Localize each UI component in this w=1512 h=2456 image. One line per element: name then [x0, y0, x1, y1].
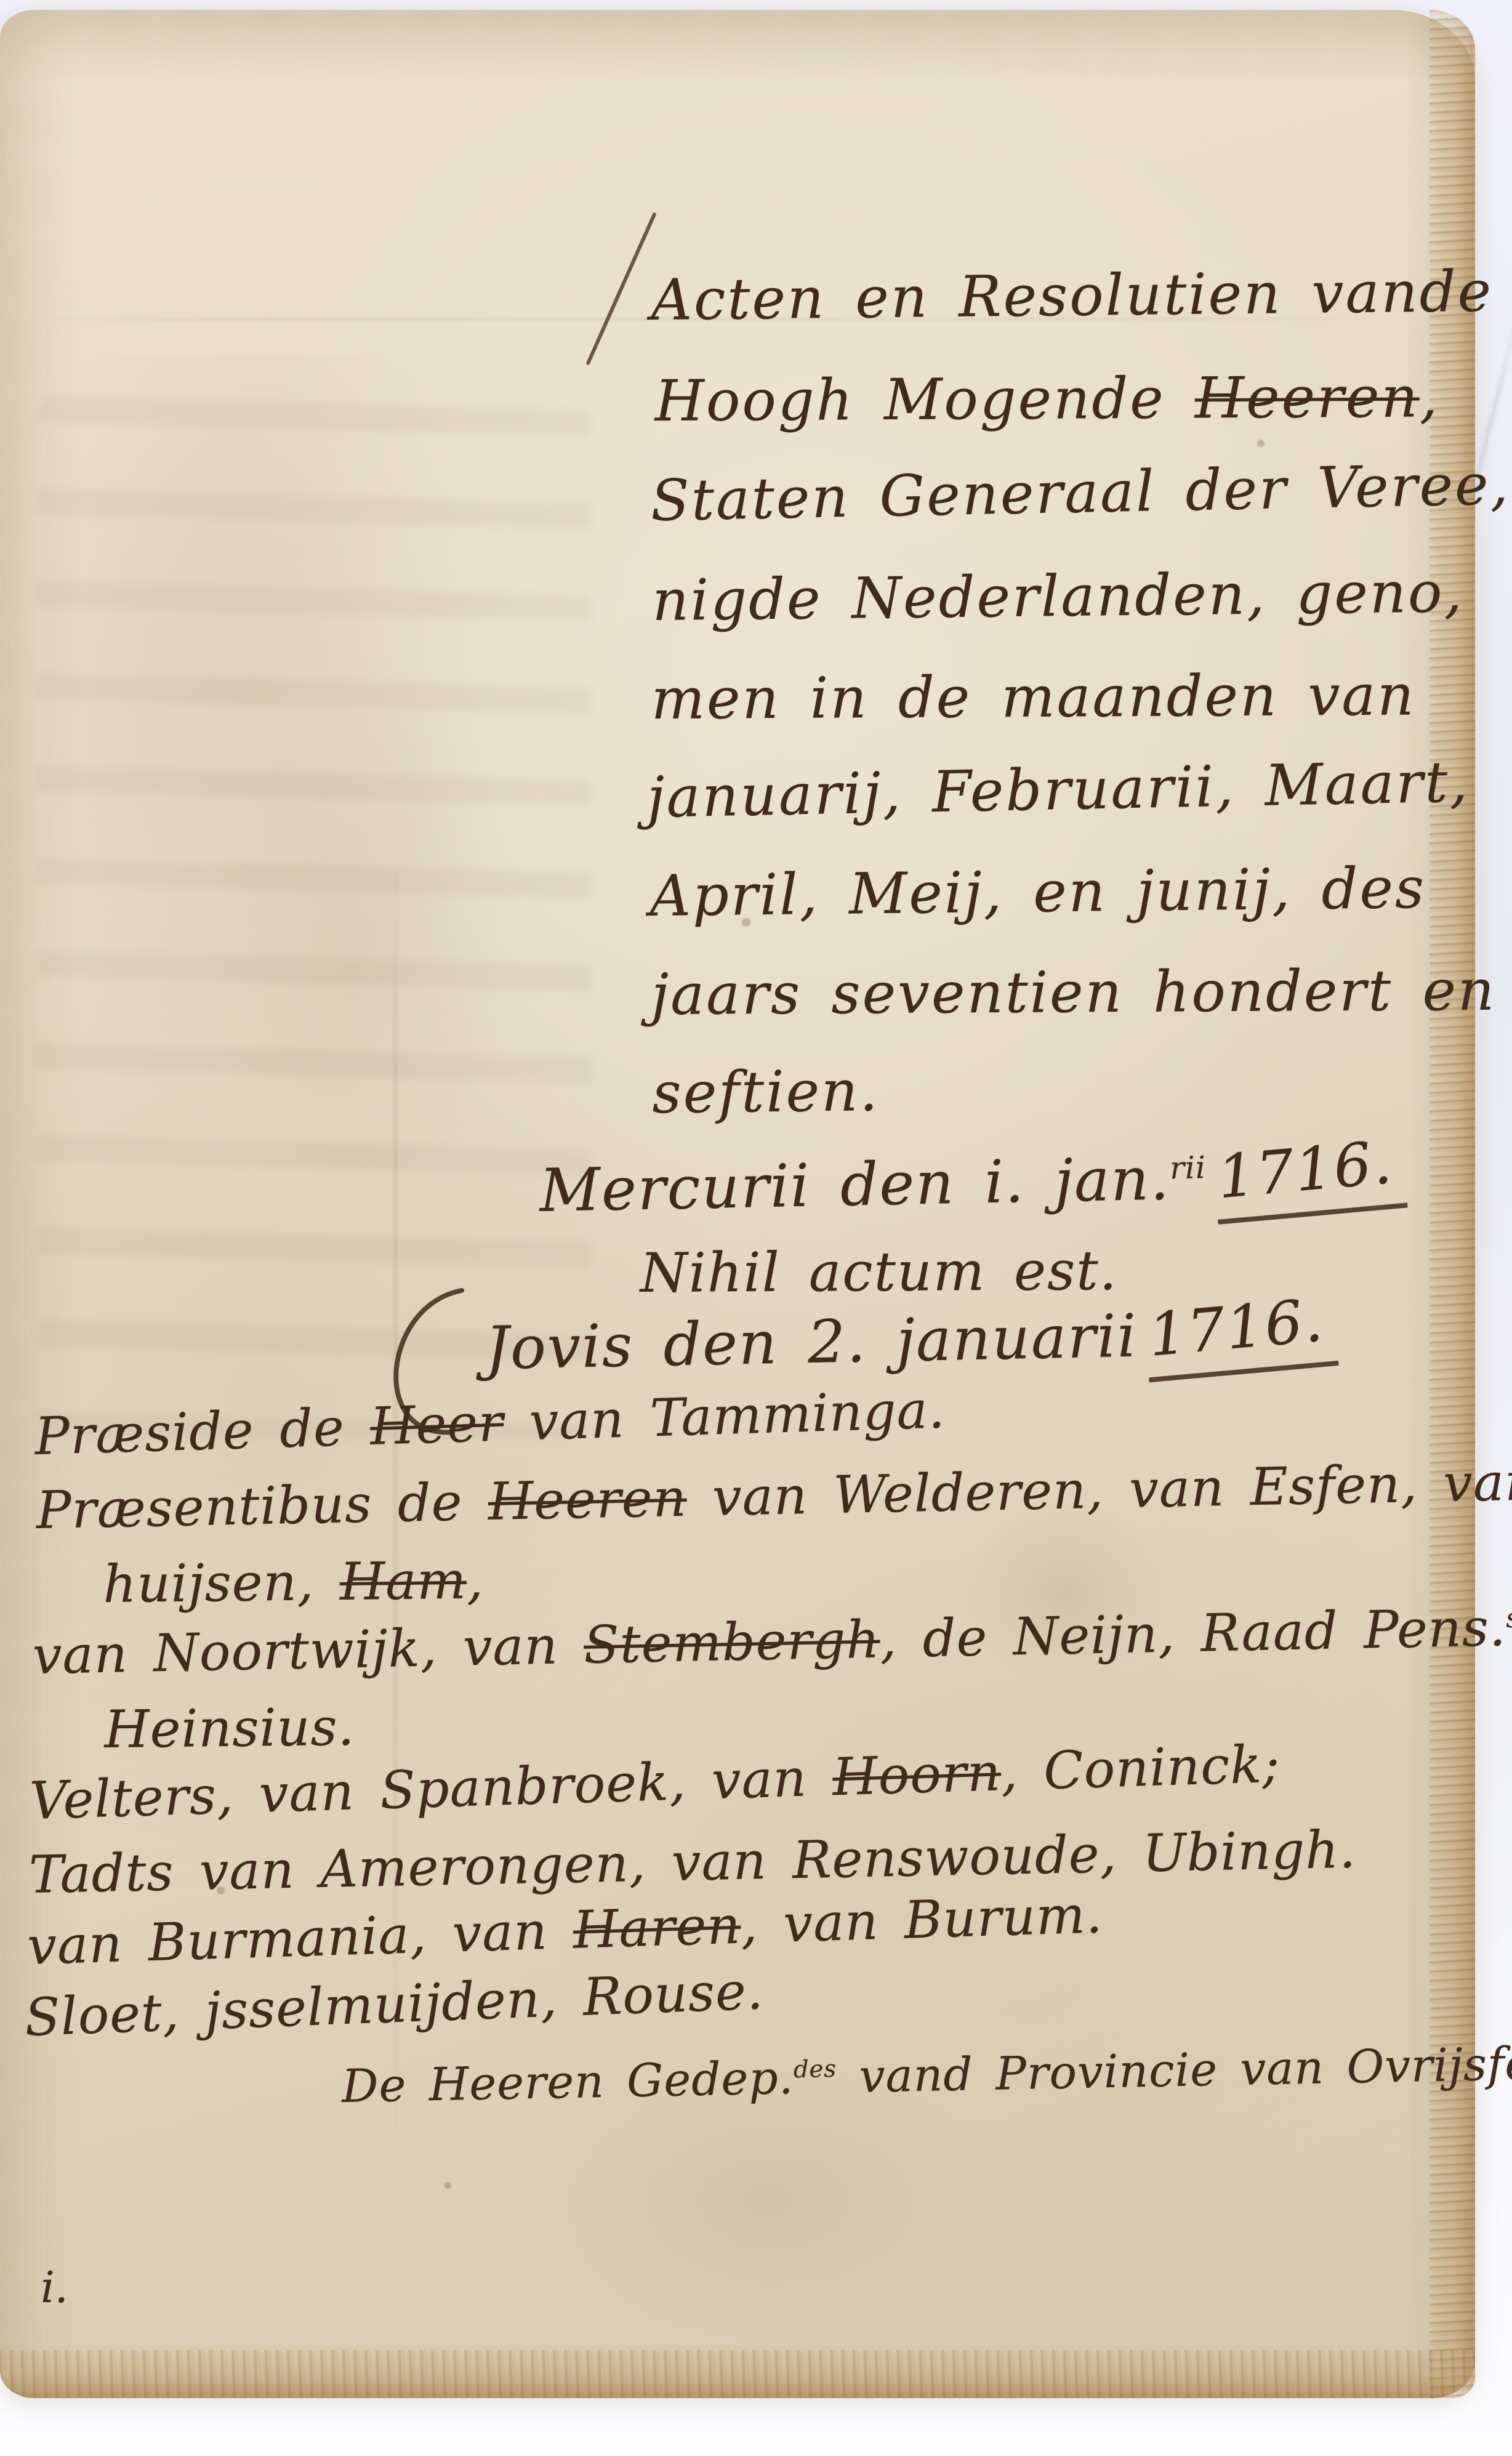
- session-date-text: Mercurii den i. jan.: [539, 1144, 1170, 1225]
- title-line: April, Meij, en junij, des: [649, 855, 1426, 929]
- attendance-text: ,: [466, 1550, 484, 1611]
- struck-word: Haren: [573, 1895, 742, 1960]
- attendance-text: Tadts van Amerongen, van Renswoude, Ubin…: [28, 1819, 1357, 1905]
- attendance-line: Tadts van Amerongen, van Renswoude, Ubin…: [28, 1819, 1357, 1905]
- title-line: jaars seventien hondert en: [651, 957, 1496, 1028]
- struck-word: Hoorn: [832, 1742, 1002, 1807]
- attendance-line: Heinsius.: [104, 1697, 355, 1760]
- title-text: nigde Nederlanden, geno,: [652, 559, 1464, 634]
- ink-bleedthrough: [37, 392, 591, 1438]
- title-line: januarij, Februarii, Maart,: [646, 749, 1470, 831]
- title-line: Acten en Resolutien vande: [651, 259, 1494, 333]
- title-line: seftien.: [652, 1058, 880, 1126]
- attendance-text: , Coninck;: [1000, 1734, 1281, 1802]
- note-text: Nihil actum est.: [640, 1239, 1117, 1305]
- attendance-text: van Welderen, van Esfen, van Broeck,: [686, 1447, 1512, 1528]
- title-line: nigde Nederlanden, geno,: [652, 559, 1464, 634]
- title-text: Acten en Resolutien vande: [651, 259, 1494, 333]
- attendance-text: Heinsius.: [104, 1697, 355, 1760]
- attendance-text: De Heeren Gedep.: [341, 2051, 794, 2113]
- struck-word: Heer: [369, 1392, 505, 1456]
- struck-word: Heeren: [488, 1468, 687, 1532]
- attendance-text: van Noortwijk, van: [32, 1615, 584, 1686]
- attendance-text: huijsen,: [103, 1552, 340, 1614]
- title-text: Staten Generaal der Veree,: [650, 451, 1511, 534]
- folio-number: i.: [41, 2262, 68, 2313]
- title-text: seftien.: [652, 1058, 880, 1126]
- nihil-actum-note: Nihil actum est.: [640, 1239, 1117, 1305]
- attendance-text: Præsentibus de: [36, 1472, 489, 1540]
- struck-word: Stembergh: [583, 1609, 880, 1675]
- title-text: April, Meij, en junij, des: [649, 855, 1426, 929]
- attendance-line: huijsen, Ham,: [103, 1550, 484, 1614]
- title-text: januarij, Februarii, Maart,: [646, 749, 1470, 831]
- attendance-footer-line: De Heeren Gedep.des vand Provincie van O…: [341, 2037, 1512, 2113]
- underlined-year: 1716.: [1211, 1127, 1407, 1225]
- page-edge-bottom: [0, 2350, 1475, 2398]
- attendance-text: Præside de: [34, 1396, 371, 1467]
- session-heading-mercurii: Mercurii den i. jan.rii1716.: [539, 1140, 1408, 1238]
- attendance-text: vand Provincie van Ovrijsfel: [836, 2037, 1512, 2103]
- photo-backdrop: Acten en Resolutien vande Hoogh Mogende …: [0, 0, 1512, 2456]
- attendance-text: van Tamminga.: [503, 1379, 946, 1452]
- attendance-text: Velters, van Spanbroek, van: [29, 1747, 834, 1831]
- title-line: Staten Generaal der Veree,: [650, 451, 1511, 534]
- session-date-text: Jovis den 2. januarii: [485, 1302, 1138, 1383]
- title-text: jaars seventien hondert en: [651, 957, 1496, 1028]
- underlined-year: 1716.: [1142, 1284, 1338, 1382]
- struck-word: Ham: [339, 1550, 467, 1612]
- foxing-spot: [1257, 440, 1265, 447]
- attendance-text: , van Burum.: [740, 1884, 1104, 1955]
- superscript: s: [1506, 1603, 1512, 1634]
- superscript: rii: [1170, 1149, 1207, 1186]
- attendance-line: Præsentibus de Heeren van Welderen, van …: [36, 1447, 1512, 1540]
- title-text: ,: [1419, 364, 1439, 430]
- title-line: Hoogh Mogende Heeren,: [654, 364, 1439, 434]
- foxing-spot: [444, 2182, 451, 2189]
- title-line: men in de maanden van: [651, 662, 1415, 732]
- attendance-text: , de Neijn, Raad Pens.: [879, 1597, 1506, 1670]
- superscript: des: [793, 2055, 837, 2084]
- title-text: men in de maanden van: [651, 662, 1415, 732]
- manuscript-page: Acten en Resolutien vande Hoogh Mogende …: [0, 10, 1475, 2398]
- struck-word: Heeren: [1195, 364, 1420, 431]
- folio-number-text: i.: [41, 2262, 68, 2313]
- initial-flourish-stroke: [585, 212, 656, 365]
- title-text: Hoogh Mogende: [654, 365, 1195, 434]
- attendance-text: van Burmania, van: [26, 1900, 574, 1976]
